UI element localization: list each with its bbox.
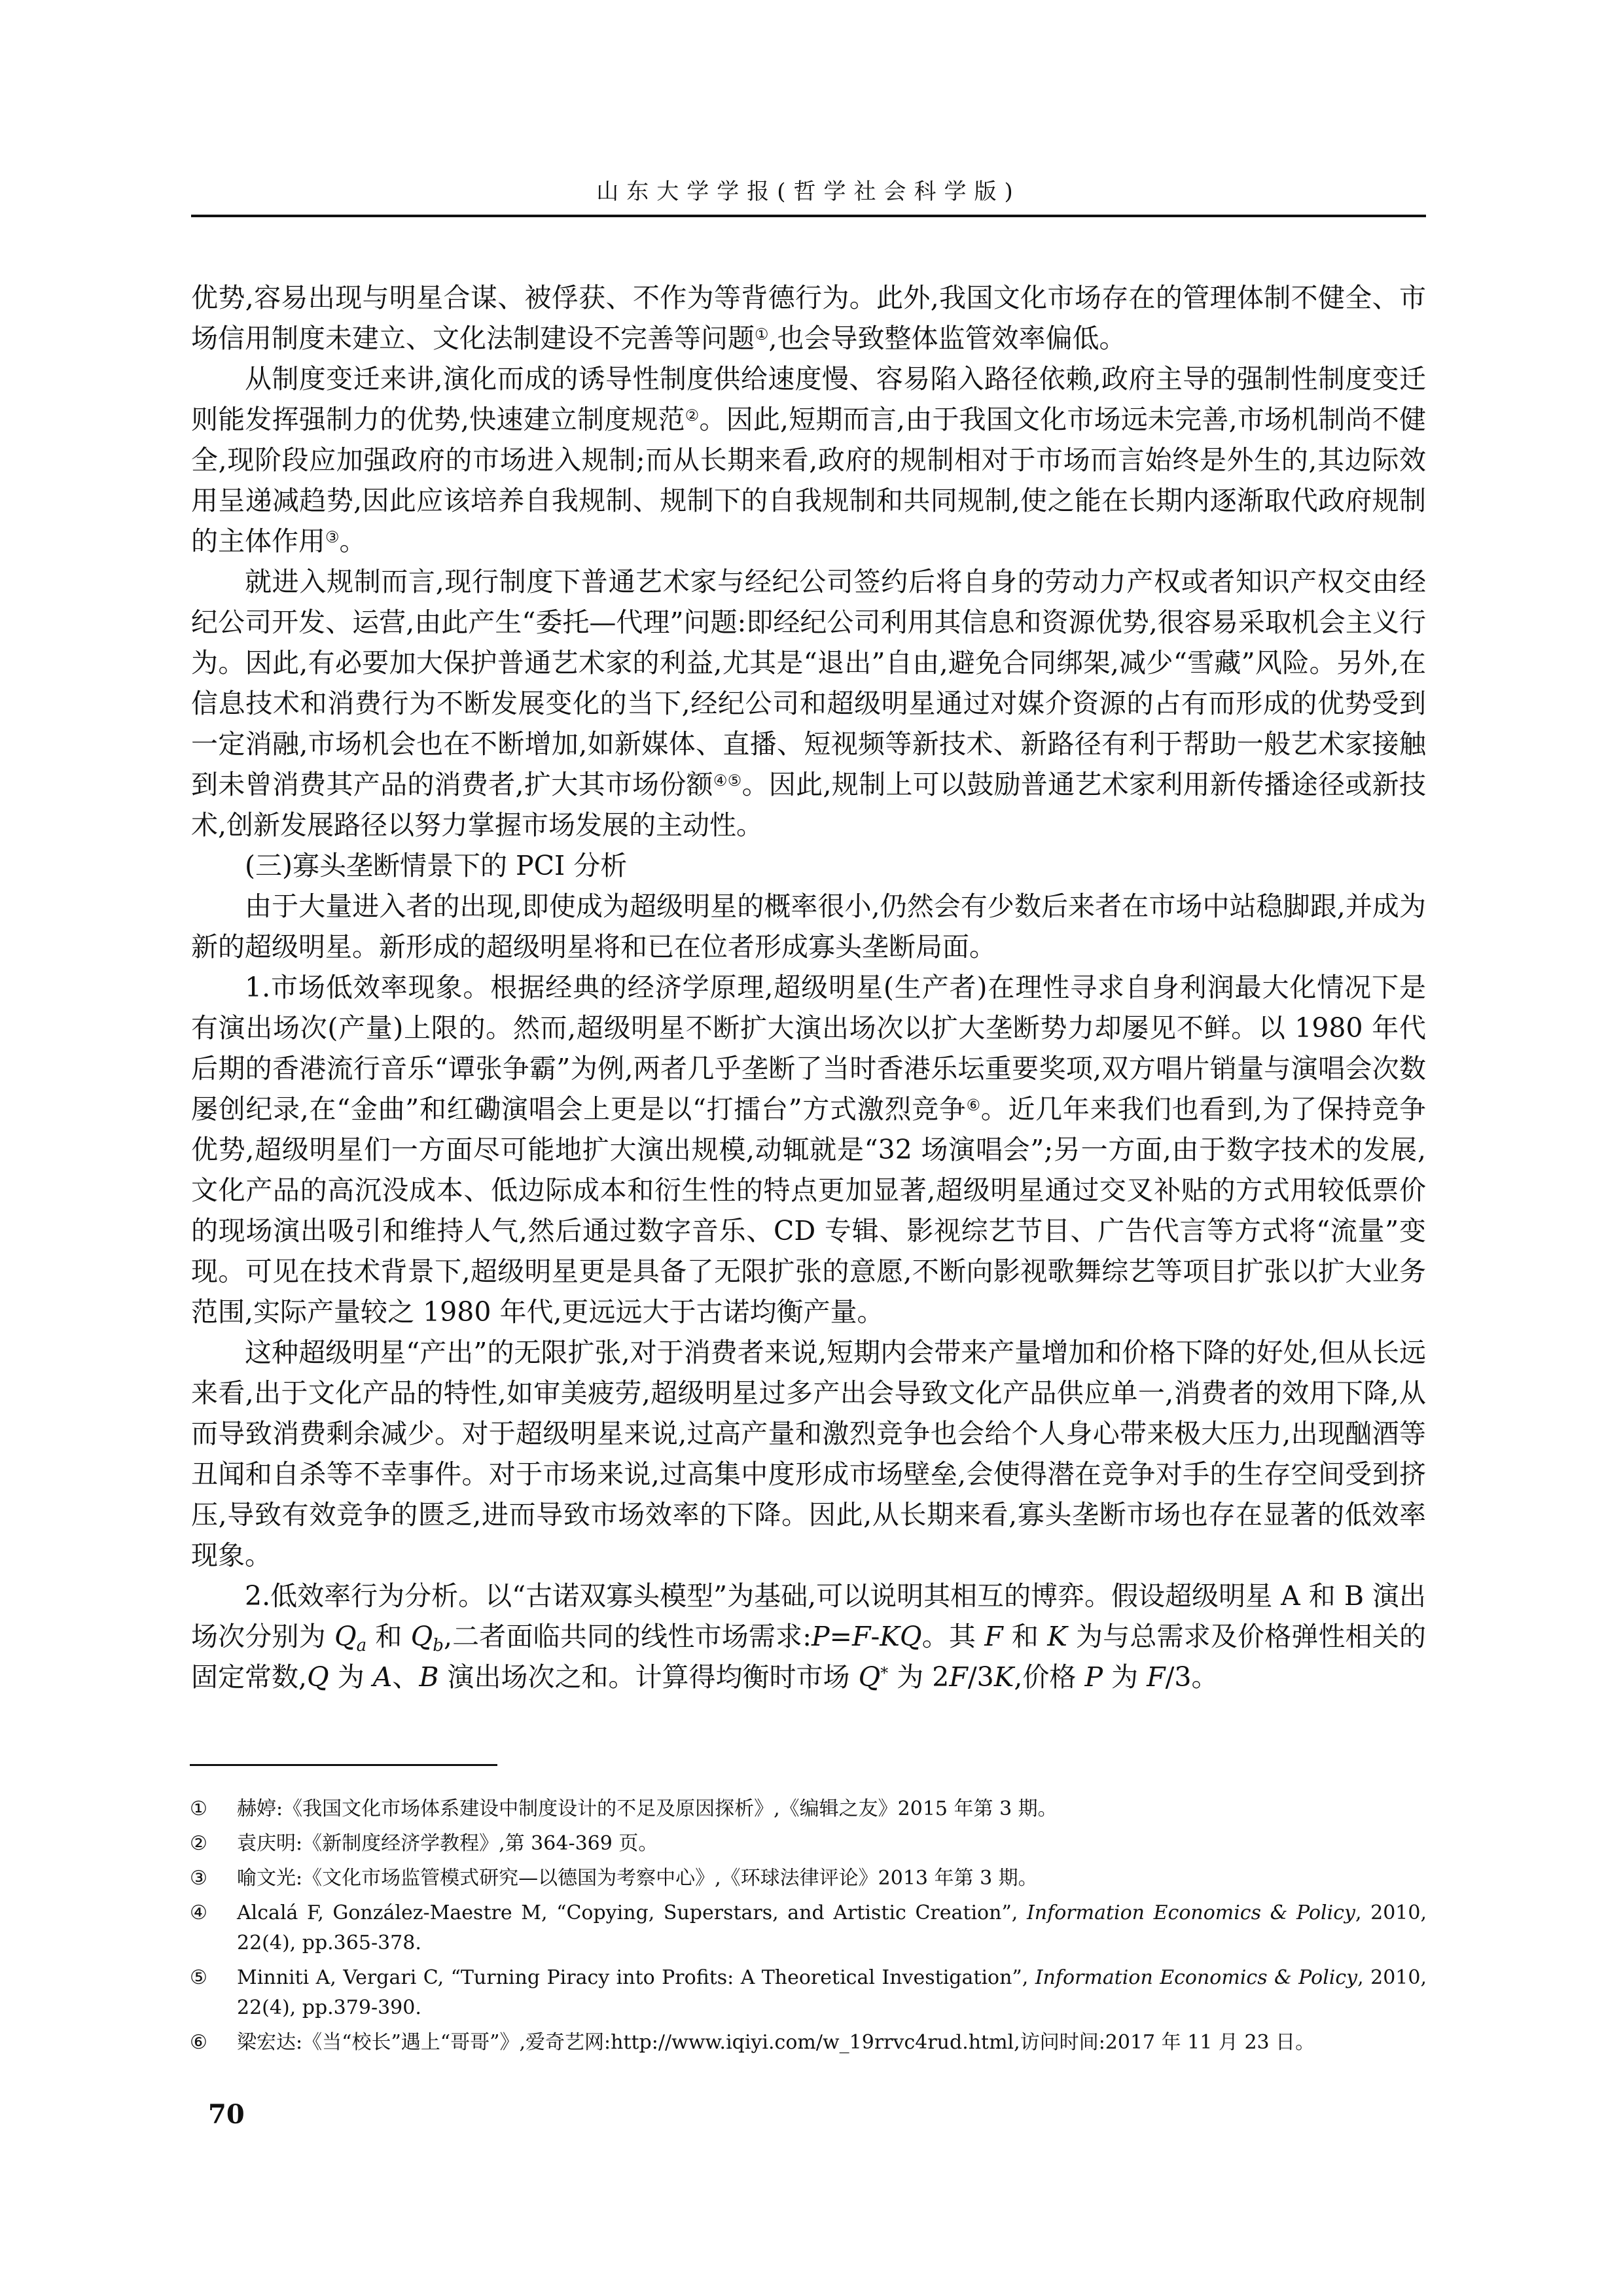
math-symbol: K bbox=[1047, 1621, 1067, 1652]
footnote-number: ④ bbox=[190, 1898, 237, 1958]
footnote-text: Alcalá F, González-Maestre M, “Copying, … bbox=[237, 1898, 1427, 1958]
math-symbol: Q bbox=[859, 1661, 881, 1693]
footnote-item: ⑥梁宏达:《当“校长”遇上“哥哥”》,爱奇艺网:http://www.iqiyi… bbox=[190, 2028, 1427, 2058]
paragraph: 1.市场低效率现象。根据经典的经济学原理,超级明星(生产者)在理性寻求自身利润最… bbox=[191, 967, 1426, 1332]
math-symbol: KQ bbox=[880, 1621, 921, 1652]
footnote-number: ⑥ bbox=[190, 2028, 237, 2058]
math-symbol: F bbox=[1147, 1661, 1165, 1693]
footnote-text: Minniti A, Vergari C, “Turning Piracy in… bbox=[237, 1963, 1427, 2023]
running-head-journal-title: 山东大学学报(哲学社会科学版) bbox=[191, 175, 1426, 208]
math-symbol: B bbox=[419, 1661, 438, 1693]
paragraph: 这种超级明星“产出”的无限扩张,对于消费者来说,短期内会带来产量增加和价格下降的… bbox=[191, 1332, 1426, 1576]
footnote-number: ③ bbox=[190, 1863, 237, 1894]
math-symbol: F bbox=[852, 1621, 870, 1652]
footnote-ref[interactable]: ② bbox=[685, 406, 700, 425]
footnote-text: 袁庆明:《新制度经济学教程》,第 364-369 页。 bbox=[237, 1829, 1427, 1859]
page-number: 70 bbox=[208, 2099, 245, 2130]
footnote-item: ④Alcalá F, González-Maestre M, “Copying,… bbox=[190, 1898, 1427, 1958]
paragraph: 就进入规制而言,现行制度下普通艺术家与经纪公司签约后将自身的劳动力产权或者知识产… bbox=[191, 561, 1426, 845]
footnote-ref[interactable]: ④⑤ bbox=[713, 771, 742, 790]
math-symbol: K bbox=[994, 1661, 1014, 1693]
footnote-number: ② bbox=[190, 1829, 237, 1859]
footnote-item: ①赫婷:《我国文化市场体系建设中制度设计的不足及原因探析》,《编辑之友》2015… bbox=[190, 1794, 1427, 1824]
journal-title: Information Economics & Policy bbox=[1035, 1966, 1357, 1989]
footnote-text: 梁宏达:《当“校长”遇上“哥哥”》,爱奇艺网:http://www.iqiyi.… bbox=[237, 2028, 1427, 2058]
section-heading: (三)寡头垄断情景下的 PCI 分析 bbox=[191, 845, 1426, 886]
header-rule bbox=[191, 215, 1426, 217]
math-symbol: Q bbox=[307, 1661, 329, 1693]
footnotes: ①赫婷:《我国文化市场体系建设中制度设计的不足及原因探析》,《编辑之友》2015… bbox=[190, 1794, 1427, 2062]
journal-title: Information Economics & Policy bbox=[1027, 1901, 1355, 1924]
math-symbol: F bbox=[949, 1661, 967, 1693]
footnote-ref[interactable]: ① bbox=[755, 325, 769, 344]
footnote-rule bbox=[190, 1764, 497, 1766]
math-symbol: P bbox=[811, 1621, 830, 1652]
math-symbol: Q bbox=[411, 1621, 433, 1652]
footnote-ref[interactable]: ⑥ bbox=[967, 1096, 981, 1114]
footnote-item: ⑤Minniti A, Vergari C, “Turning Piracy i… bbox=[190, 1963, 1427, 2023]
footnote-item: ②袁庆明:《新制度经济学教程》,第 364-369 页。 bbox=[190, 1829, 1427, 1859]
footnote-item: ③喻文光:《文化市场监管模式研究—以德国为考察中心》,《环球法律评论》2013 … bbox=[190, 1863, 1427, 1894]
paragraph: 2.低效率行为分析。以“古诺双寡头模型”为基础,可以说明其相互的博弈。假设超级明… bbox=[191, 1576, 1426, 1697]
footnote-ref[interactable]: ③ bbox=[325, 528, 340, 546]
footnote-text: 赫婷:《我国文化市场体系建设中制度设计的不足及原因探析》,《编辑之友》2015 … bbox=[237, 1794, 1427, 1824]
math-symbol: P bbox=[1084, 1661, 1103, 1693]
math-symbol: F bbox=[984, 1621, 1003, 1652]
footnote-text: 喻文光:《文化市场监管模式研究—以德国为考察中心》,《环球法律评论》2013 年… bbox=[237, 1863, 1427, 1894]
paragraph: 从制度变迁来讲,演化而成的诱导性制度供给速度慢、容易陷入路径依赖,政府主导的强制… bbox=[191, 359, 1426, 561]
paragraph: 优势,容易出现与明星合谋、被俘获、不作为等背德行为。此外,我国文化市场存在的管理… bbox=[191, 277, 1426, 359]
math-symbol: A bbox=[373, 1661, 393, 1693]
footnote-number: ⑤ bbox=[190, 1963, 237, 2023]
math-symbol: Q bbox=[334, 1621, 357, 1652]
footnote-number: ① bbox=[190, 1794, 237, 1824]
body-text: 优势,容易出现与明星合谋、被俘获、不作为等背德行为。此外,我国文化市场存在的管理… bbox=[191, 277, 1426, 1697]
paragraph: 由于大量进入者的出现,即使成为超级明星的概率很小,仍然会有少数后来者在市场中站稳… bbox=[191, 886, 1426, 967]
